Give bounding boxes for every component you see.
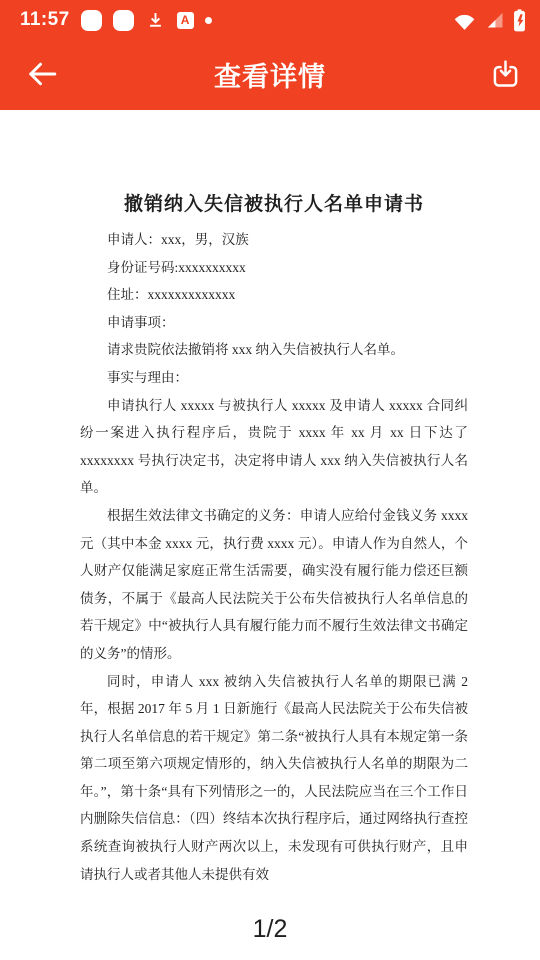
signal-icon: [485, 10, 505, 30]
document-page: 撤销纳入失信被执行人名单申请书 申请人：xxx，男，汉族 身份证号码:xxxxx…: [0, 110, 540, 888]
document-viewer[interactable]: 撤销纳入失信被执行人名单申请书 申请人：xxx，男，汉族 身份证号码:xxxxx…: [0, 110, 540, 960]
download-status-icon: [145, 10, 166, 31]
top-bar: 11:57 A: [0, 0, 540, 110]
page-title: 查看详情: [0, 55, 540, 94]
status-bar: 11:57 A: [0, 0, 540, 38]
app-bar: 查看详情: [0, 38, 540, 110]
back-button[interactable]: [24, 56, 60, 92]
battery-charging-icon: [513, 9, 526, 32]
document-paragraph: 事实与理由：: [80, 364, 468, 392]
document-paragraph: 申请事项：: [80, 309, 468, 337]
notification-square-icon: [81, 10, 102, 31]
document-paragraph: 申请执行人 xxxxx 与被执行人 xxxxx 及申请人 xxxxx 合同纠纷一…: [80, 392, 468, 502]
document-title: 撤销纳入失信被执行人名单申请书: [80, 190, 468, 220]
notification-square-icon: [113, 10, 134, 31]
document-paragraph: 申请人：xxx，男，汉族: [80, 226, 468, 254]
screen: 11:57 A: [0, 0, 540, 960]
document-paragraph: 请求贵院依法撤销将 xxx 纳入失信被执行人名单。: [80, 336, 468, 364]
wifi-icon: [452, 10, 477, 31]
status-bar-right: [452, 9, 526, 32]
document-paragraph: 住址：xxxxxxxxxxxxx: [80, 281, 468, 309]
document-paragraph: 同时，申请人 xxx 被纳入失信被执行人名单的期限已满 2 年，根据 2017 …: [80, 668, 468, 889]
status-bar-left: 11:57 A: [20, 9, 212, 31]
status-time: 11:57: [20, 9, 70, 31]
download-button[interactable]: [489, 58, 522, 91]
notification-dot-icon: [205, 17, 212, 24]
document-paragraph: 根据生效法律文书确定的义务：申请人应给付金钱义务 xxxx 元（其中本金 xxx…: [80, 502, 468, 668]
page-indicator: 1/2: [0, 915, 540, 944]
document-paragraph: 身份证号码:xxxxxxxxxx: [80, 254, 468, 282]
letter-a-icon: A: [177, 12, 194, 29]
